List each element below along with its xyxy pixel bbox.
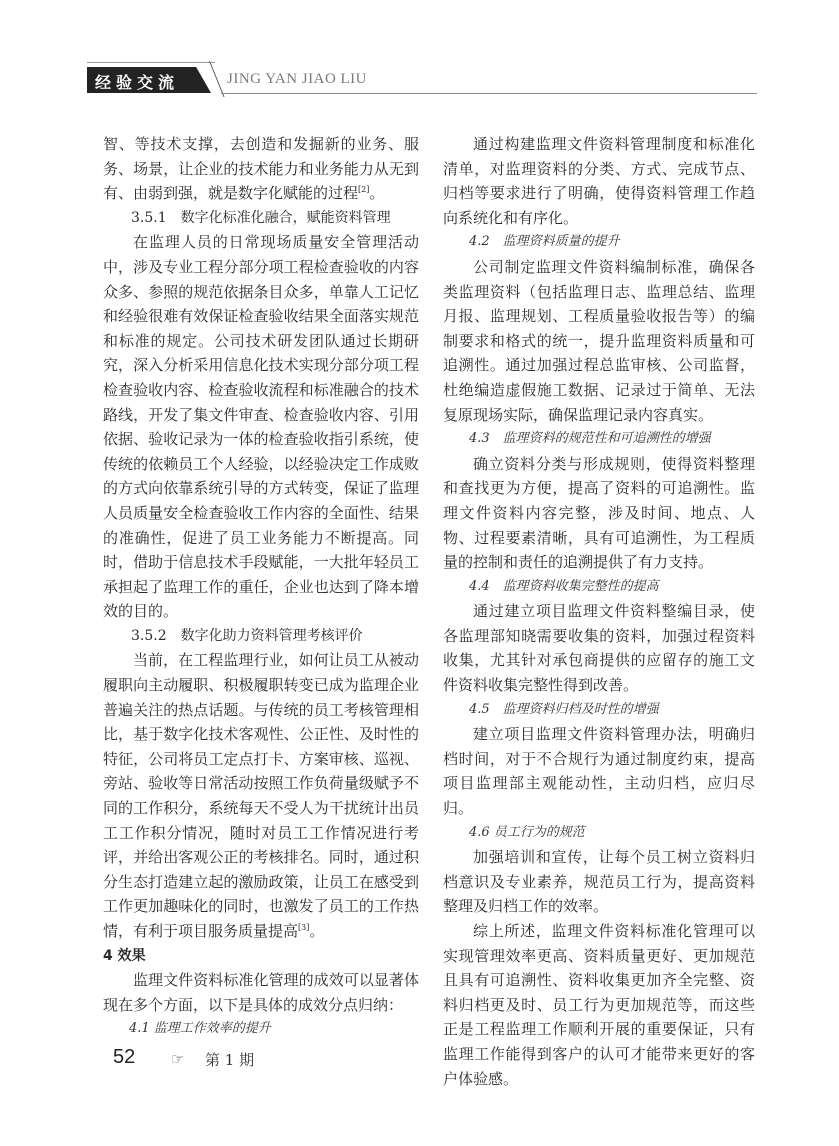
paragraph: 在监理人员的日常现场质量安全管理活动中，涉及专业工程分部分项工程检查验收的内容众… — [103, 230, 419, 624]
issue-number: 第 1 期 — [205, 1049, 254, 1070]
section-title-cn: 经验交流 — [95, 70, 179, 93]
punctuation: 。 — [369, 184, 384, 202]
paragraph: 公司制定监理文件资料编制标准，确保各类监理资料（包括监理日志、监理总结、监理月报… — [443, 255, 755, 427]
paragraph: 通过建立项目监理文件资料整编目录，使各监理部知晓需要收集的资料，加强过程资料收集… — [443, 599, 755, 697]
heading-4-6: 4.6 员工行为的规范 — [443, 821, 755, 846]
heading-4-4: 4.4 监理资料收集完整性的提高 — [443, 575, 755, 600]
section-title-en: JING YAN JIAO LIU — [227, 71, 367, 88]
heading-3-5-1: 3.5.1 数字化标准化融合，赋能资料管理 — [103, 206, 419, 231]
paragraph: 通过构建监理文件资料管理制度和标准化清单，对监理资料的分类、方式、完成节点、归档… — [443, 132, 755, 230]
paragraph-text: 当前，在工程监理行业，如何让员工从被动履职向主动履职、积极履职转变已成为监理企业… — [103, 651, 419, 940]
heading-4-2: 4.2 监理资料质量的提升 — [443, 230, 755, 255]
heading-3-5-2: 3.5.2 数字化助力资料管理考核评价 — [103, 624, 419, 649]
paragraph: 监理文件资料标准化管理的成效可以显著体现在多个方面，以下是具体的成效分点归纳： — [103, 968, 419, 1017]
header-rule — [221, 93, 757, 94]
heading-4-1: 4.1 监理工作效率的提升 — [103, 1017, 419, 1042]
header-slash-divider — [209, 61, 225, 97]
left-column: 智、等技术支撑，去创造和发掘新的业务、服务、场景，让企业的技术能力和业务能力从无… — [103, 132, 419, 1042]
paragraph: 加强培训和宣传，让每个员工树立资料归档意识及专业素养，规范员工行为，提高资料整理… — [443, 845, 755, 919]
paragraph: 建立项目监理文件资料管理办法，明确归档时间，对于不合规行为通过制度约束，提高项目… — [443, 722, 755, 820]
punctuation: 。 — [309, 922, 324, 940]
header-top-rule — [87, 62, 215, 63]
heading-4: 4 效果 — [103, 944, 419, 969]
paragraph: 智、等技术支撑，去创造和发掘新的业务、服务、场景，让企业的技术能力和业务能力从无… — [103, 132, 419, 206]
paragraph: 综上所述，监理文件资料标准化管理可以实现管理效率更高、资料质量更好、更加规范且具… — [443, 919, 755, 1091]
citation-ref: [3] — [298, 923, 309, 932]
paragraph: 确立资料分类与形成规则，使得资料整理和查找更为方便，提高了资料的可追溯性。监理文… — [443, 452, 755, 575]
right-column: 通过构建监理文件资料管理制度和标准化清单，对监理资料的分类、方式、完成节点、归档… — [443, 132, 755, 1091]
section-tab: 经验交流 — [87, 67, 211, 93]
heading-4-3: 4.3 监理资料的规范性和可追溯性的增强 — [443, 427, 755, 452]
paragraph: 当前，在工程监理行业，如何让员工从被动履职向主动履职、积极履职转变已成为监理企业… — [103, 648, 419, 943]
section-header: 经验交流 JING YAN JIAO LIU — [87, 62, 757, 94]
pointing-hand-icon: ☞ — [171, 1050, 184, 1068]
heading-4-5: 4.5 监理资料归档及时性的增强 — [443, 698, 755, 723]
citation-ref: [2] — [358, 185, 369, 194]
page-number: 52 — [113, 1046, 135, 1069]
